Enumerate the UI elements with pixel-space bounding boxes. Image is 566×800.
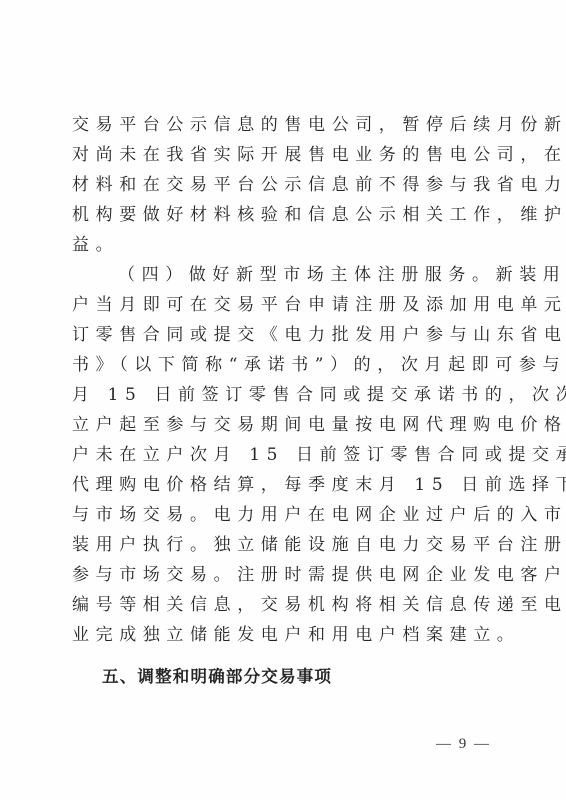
text-line: 材料和在交易平台公示信息前不得参与我省电力市场交易。交易 xyxy=(72,170,492,200)
paragraph-new-entity-registration: （四）做好新型市场主体注册服务。新装用户在电网企业立 户当月即可在交易平台申请注… xyxy=(72,260,492,650)
text-line: 代理购电价格结算，每季度末月 15 日前选择下一季度起直接参 xyxy=(72,470,492,500)
text-line: 订零售合同或提交《电力批发用户参与山东省电力现货市场承诺 xyxy=(72,320,492,350)
text-line: 户当月即可在交易平台申请注册及添加用电单元，在 15 日前签 xyxy=(72,290,492,320)
text-line: 参与市场交易。注册时需提供电网企业发电客户编号、用电客户 xyxy=(72,560,492,590)
text-line: 编号等相关信息，交易机构将相关信息传递至电网企业，电网企 xyxy=(72,590,492,620)
text-line: 书》（以下简称“承诺书”）的，次月起即可参与交易；立户次 xyxy=(72,350,492,380)
text-line: 对尚未在我省实际开展售电业务的售电公司，在按要求提交核验 xyxy=(72,140,492,170)
text-line: 益。 xyxy=(72,230,492,260)
paragraph-continuation: 交易平台公示信息的售电公司，暂停后续月份新签零售用户资格。 对尚未在我省实际开展… xyxy=(72,110,492,260)
text-line: 立户起至参与交易期间电量按电网代理购电价格结算。若新装用 xyxy=(72,410,492,440)
text-line: 交易平台公示信息的售电公司，暂停后续月份新签零售用户资格。 xyxy=(72,110,492,140)
text-line: 户未在立户次月 15 日前签订零售合同或提交承诺书的，按电网 xyxy=(72,440,492,470)
section-heading: 五、调整和明确部分交易事项 xyxy=(102,663,332,687)
text-line: （四）做好新型市场主体注册服务。新装用户在电网企业立 xyxy=(72,260,492,290)
text-line: 月 15 日前签订零售合同或提交承诺书的，次次月起参与交易； xyxy=(72,380,492,410)
document-page: 交易平台公示信息的售电公司，暂停后续月份新签零售用户资格。 对尚未在我省实际开展… xyxy=(0,0,566,800)
text-line: 装用户执行。独立储能设施自电力交易平台注册生效之日起正式 xyxy=(72,530,492,560)
text-line: 业完成独立储能发电户和用电户档案建立。 xyxy=(72,620,492,650)
page-number: — 9 — xyxy=(436,736,491,753)
text-line: 与市场交易。电力用户在电网企业过户后的入市交易流程参照新 xyxy=(72,500,492,530)
text-line: 机构要做好材料核验和信息公示相关工作，维护市场主体合法权 xyxy=(72,200,492,230)
